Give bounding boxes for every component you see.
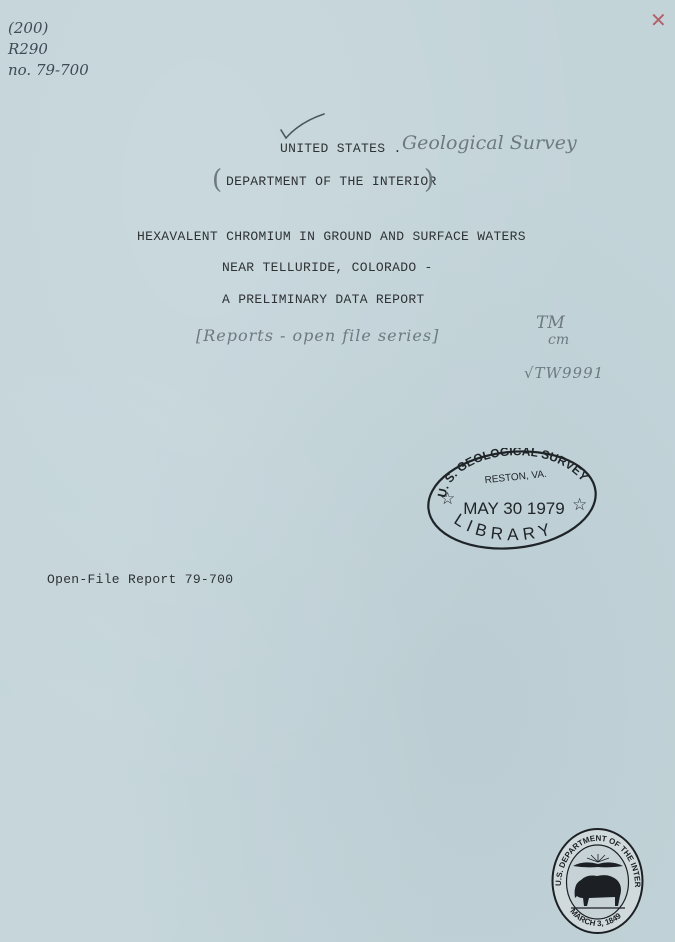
interior-seal-icon: U.S. DEPARTMENT OF THE INTERIOR MARCH 3,…	[549, 826, 646, 936]
stamp-star-icon: ☆	[572, 495, 587, 515]
library-stamp: U. S. GEOLOGICAL SURVEY RESTON, VA. MAY …	[424, 448, 600, 552]
red-x-mark-icon: ✕	[650, 8, 667, 32]
handwritten-left-paren: (	[212, 165, 222, 195]
title-line-1: HEXAVALENT CHROMIUM IN GROUND AND SURFAC…	[137, 229, 526, 244]
handwritten-agency-annotation: Geological Survey	[402, 132, 577, 154]
handwritten-right-paren: )	[424, 165, 434, 195]
agency-text: UNITED STATES	[280, 141, 385, 156]
agency-name: UNITED STATES .	[280, 141, 402, 156]
agency-separator: .	[393, 141, 401, 156]
stamp-date: MAY 30 1979	[463, 499, 564, 518]
title-line-3: A PRELIMINARY DATA REPORT	[222, 292, 425, 307]
checkmark-icon	[278, 112, 328, 142]
handwritten-series-note: [Reports - open file series]	[196, 326, 439, 345]
title-line-2: NEAR TELLURIDE, COLORADO -	[222, 260, 433, 275]
report-number: Open-File Report 79-700	[47, 572, 233, 587]
call-number-line: (200)	[8, 18, 89, 39]
handwritten-catalog-mark: TM	[536, 313, 565, 333]
handwritten-call-number: (200) R290 no. 79-700	[8, 18, 89, 81]
call-number-line: no. 79-700	[8, 60, 89, 81]
department-name: DEPARTMENT OF THE INTERIOR	[226, 174, 437, 189]
stamp-star-icon: ☆	[440, 489, 455, 509]
stamp-location: RESTON, VA.	[484, 469, 547, 486]
handwritten-catalog-mark: cm	[548, 332, 569, 348]
call-number-line: R290	[8, 39, 89, 60]
handwritten-catalog-mark: √TW9991	[524, 364, 604, 382]
